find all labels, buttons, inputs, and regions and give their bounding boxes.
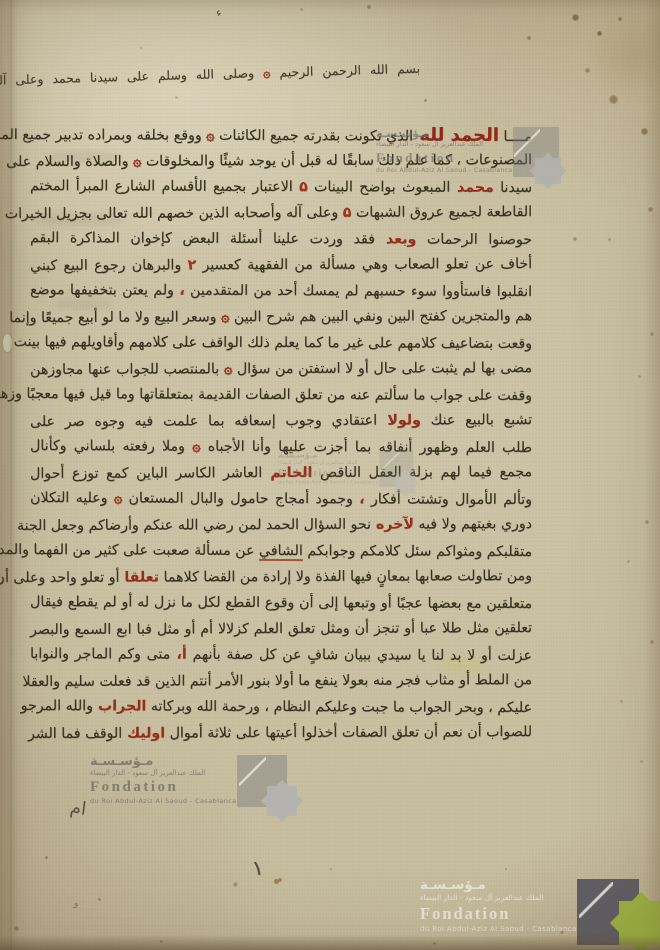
watermark-arabic-title: مـؤسـسـة [90, 755, 153, 768]
fox-spot [527, 36, 531, 40]
manuscript-line: القاطعة لجميع عروق الشبهات ۵ وعلى آله وأ… [30, 199, 532, 227]
text-segment: وعليه التكلان [30, 490, 114, 506]
manuscript-line: للصواب أن نعم أن تعلق الصفات أخذلوا أعيت… [30, 719, 532, 747]
text-segment: وقفت على جواب ما سألتم عنه من تعلق الصفا… [0, 386, 532, 404]
fox-spot [175, 96, 178, 99]
rubric-segment: محمد [450, 180, 494, 196]
corner-stain [585, 18, 660, 98]
watermark-foundation-bottom-left: مـؤسـسـة الملك عبدالعزيز آل سعود - الدار… [90, 755, 289, 807]
text-segment: انقلبوا فاستأووا سوء حسبهم لم يمسك أحد م… [185, 283, 532, 300]
basmala-header: بسم الله الرحمن الرحيم ۞ وصلى الله وسلم … [40, 61, 420, 87]
folio-dot [274, 879, 279, 884]
watermark-arabic-subtitle: الملك عبدالعزيز آل سعود - الدار البيضاء [420, 892, 543, 903]
rubric-segment: ولولا [377, 412, 421, 428]
watermark-french-subtitle: du Roi Abdul-Aziz Al Saoud - Casablanca [420, 924, 577, 934]
text-segment: وصلى الله وسلم على سيدنا محمد وعلى آله و… [0, 65, 263, 90]
fox-spot [618, 17, 622, 21]
fox-spot [233, 882, 238, 887]
manuscript-line: وقعت بتضاعيف كلامهم على غير ما كما يعلم … [30, 329, 532, 357]
text-segment: سيدنا [494, 180, 532, 196]
logo-square [237, 755, 287, 807]
text-segment: هم والمتجرين كفتح البين ونفي البين هم شر… [229, 308, 532, 325]
manuscript-line: وقفت على جواب ما سألتم عنه من تعلق الصفا… [30, 381, 532, 409]
text-segment: بسم الله الرحمن الرحيم [270, 61, 420, 80]
watermark-arabic-title: مـؤسـسـة [420, 879, 486, 892]
fox-spot [622, 905, 627, 910]
eight-point-star-icon [535, 158, 561, 184]
rubric-segment: الحمد لله [413, 125, 499, 146]
fox-spot [645, 520, 649, 524]
manuscript-page: بسم الله الرحمن الرحيم ۞ وصلى الله وسلم … [0, 0, 660, 950]
fox-spot [367, 5, 371, 9]
watermark-french-subtitle: du Roi Abdul-Aziz Al Saoud - Casablanca [90, 797, 237, 806]
rubric-segment: ۞ [114, 490, 122, 506]
text-segment: وتألم الأموال وتشتت أفكار [365, 491, 532, 508]
fox-spot [650, 332, 654, 336]
text-segment: وعلى آله وأصحابه الذين خصهم الله تعالى ب… [5, 205, 343, 222]
text-segment: ووقع بخلقه وبمراده تدبير جميع المله [0, 127, 206, 144]
manuscript-line: انقلبوا فاستأووا سوء حسبهم لم يمسك أحد م… [30, 277, 532, 305]
rubric-segment: ۞ [224, 361, 232, 377]
manuscript-line: المصنوعات ، كما علم ذلك سابقًا له قبل أن… [30, 147, 532, 175]
fox-spot [620, 700, 623, 703]
manuscript-line: متقلبكم ومثواكم سئل كلامكم وجوابكم الشاف… [30, 537, 532, 565]
fox-spot [424, 99, 427, 102]
text-segment: وجمود أمجاج حامول والبال المستعان [122, 490, 359, 507]
text-segment: وملا رفعته بلساني وكأنال [30, 438, 192, 455]
manuscript-line: حوصنوا الرحمات وبعد فقد وردت علينا أسئلة… [30, 225, 532, 253]
rubric-segment: اوليك [122, 725, 165, 741]
text-segment: نحو السؤال الحمد لمن رضي الله عنكم وأرضا… [17, 517, 371, 534]
text-segment: حوصنوا الرحمات [416, 232, 532, 248]
fox-spot [140, 47, 142, 49]
text-segment: وسعر البيع ولا ما لو أبيع جميعًا وإنما [9, 309, 221, 326]
text-segment: أو تعلو واحد وعلى أن لهما [0, 570, 119, 587]
text-segment: متقلبكم ومثواكم سئل كلامكم وجوابكم [303, 543, 532, 560]
rubric-segment: ۵ [299, 179, 308, 195]
watermark-french-title: Fondation [90, 778, 178, 797]
fox-spot [560, 930, 564, 934]
text-segment: ومن تطاولت صعابها بمعانٍ فيها الفذة ولا … [159, 568, 532, 585]
manuscript-line: طلب العلم وظهور أنفاقه بما أجزت عليها وأ… [30, 433, 532, 461]
manuscript-line: تعلقين مثل طلا عبا أو تنجز أن ومثل تعلق … [30, 615, 532, 643]
fox-spot [650, 640, 654, 644]
text-segment: العاشر الكاسر الباين كمع توزع أحوال [30, 465, 262, 482]
text-segment: الذي تكونت بقدرته جميع الكائنات [214, 128, 413, 145]
fox-spot [98, 898, 101, 901]
fox-spot [14, 926, 19, 931]
rubric-segment: الجراب [93, 698, 146, 714]
ink-doodle: و [73, 898, 80, 910]
manuscript-line: من الملط أو مثاب فجر منه بعولا ينفع ما أ… [30, 667, 532, 695]
text-segment: فقد وردت علينا أسئلة البعض كإخوان المذاك… [30, 230, 375, 247]
text-segment: ولم يعتن بتخفيفها موضع [30, 282, 179, 299]
fox-spot [648, 207, 653, 212]
text-segment: دوري بغيتهم ولا فيه [414, 516, 532, 532]
fox-spot [597, 31, 602, 36]
manuscript-line: سيدنا محمد المبعوث بواضح البينات ۵ الاعت… [30, 173, 532, 201]
fox-spot [45, 856, 48, 859]
manuscript-line: ومن تطاولت صعابها بمعانٍ فيها الفذة ولا … [30, 563, 532, 591]
margin-mark: ام [69, 797, 88, 820]
manuscript-line: أخاف عن تعلو الصعاب وهي مسألة من الفقهية… [30, 251, 532, 279]
text-segment: مجمع فيما لهم بزلة العقل الناقص [312, 464, 532, 481]
text-segment: القاطعة لجميع عروق الشبهات [351, 204, 532, 221]
fox-spot [572, 14, 579, 21]
fox-spot [638, 375, 641, 378]
text-segment: عليكم ، وبحر الجواب ما جبت وعليكم النظام… [146, 698, 532, 715]
text-segment: أخاف عن تعلو الصعاب وهي مسألة من الفقهية… [196, 256, 532, 273]
manuscript-line: مــــا الحمد لله الذي تكونت بقدرته جميع … [30, 121, 532, 149]
text-segment: الاعتبار بجميع الأقسام الشارع المبرأ الم… [30, 178, 299, 195]
rubric-segment: ۲ [187, 257, 196, 273]
watermark-french-title: Fondation [420, 903, 510, 924]
fox-spot [608, 238, 611, 241]
manuscript-line: عليكم ، وبحر الجواب ما جبت وعليكم النظام… [30, 693, 532, 721]
fox-spot [609, 95, 618, 104]
text-segment: الشافي [259, 543, 303, 561]
ink-doodle: ء [214, 6, 224, 20]
text-segment: الوقف فما الشر [28, 726, 122, 742]
rubric-segment: لآخره [371, 516, 414, 532]
watermark-text: مـؤسـسـة الملك عبدالعزيز آل سعود - الدار… [420, 879, 577, 934]
text-segment: للصواب أن نعم أن تعلق الصفات أخذلوا أعيت… [165, 724, 532, 741]
fox-spot [330, 868, 332, 870]
text-segment: اعتقادي وجوب إسعافه بما علمت فيه وجوه صر… [30, 413, 377, 430]
text-segment: متعلقين مع بعضها عجبًا أو وتبعها إلى أن … [30, 594, 532, 612]
text-segment: والصلاة والسلام على [6, 154, 133, 170]
text-segment: طلب العلم وظهور أنفاقه بما أجزت عليها وأ… [200, 439, 532, 456]
manuscript-line: عزلت أو لا بد لنا يا سيدي ببيان شافٍ عن … [30, 641, 532, 669]
manuscript-line: متعلقين مع بعضها عجبًا أو وتبعها إلى أن … [30, 589, 532, 617]
fox-spot [300, 8, 303, 11]
folio-number: ١ [250, 855, 265, 880]
text-segment: مــــا [499, 129, 532, 145]
text-segment: عزلت أو لا بد لنا يا سيدي ببيان شافٍ عن … [187, 647, 532, 664]
text-segment: وقعت بتضاعيف كلامهم على غير ما كما يعلم … [14, 334, 532, 352]
manuscript-line: وتألم الأموال وتشتت أفكار ، وجمود أمجاج … [30, 485, 532, 513]
fox-spot [640, 760, 643, 763]
manuscript-line: مضى بها لم يثبت على حال أو لا استفتن من … [30, 355, 532, 383]
manuscript-text-block: مــــا الحمد لله الذي تكونت بقدرته جميع … [30, 122, 532, 746]
eight-point-star-icon [267, 786, 297, 816]
text-segment: تشبع بالبيع عنك [421, 412, 532, 428]
text-segment: المصنوعات ، كما علم ذلك سابقًا له قبل أن… [141, 152, 532, 170]
text-segment: عن مسألة صعبت على كثير من الفهما والمدار… [0, 542, 259, 559]
rubric-segment: وبعد [375, 231, 416, 247]
manuscript-line: دوري بغيتهم ولا فيه لآخره نحو السؤال الح… [30, 511, 532, 539]
rubric-segment: تعلقا [119, 569, 159, 585]
watermark-arabic-subtitle: الملك عبدالعزيز آل سعود - الدار البيضاء [90, 768, 205, 778]
text-segment: تعلقين مثل طلا عبا أو تنجز أن ومثل تعلق … [30, 620, 532, 638]
text-segment: من الملط أو مثاب فجر منه بعولا ينفع ما أ… [22, 672, 532, 690]
text-segment: والبرهان رجوع البيع كبني [30, 257, 188, 274]
watermark-text: مـؤسـسـة الملك عبدالعزيز آل سعود - الدار… [90, 755, 237, 806]
text-segment: متى وكم الماجر والنوابا [30, 646, 170, 663]
rubric-segment: ۞ [206, 128, 214, 144]
rubric-segment: أ، [170, 647, 186, 663]
fox-spot [573, 237, 577, 241]
page-bottom-edge [0, 935, 660, 950]
rubric-segment: الخاتم [262, 465, 312, 481]
text-segment: المبعوث بواضح البينات [308, 179, 451, 196]
fox-spot [585, 68, 590, 73]
manuscript-line: هم والمتجرين كفتح البين ونفي البين هم شر… [30, 303, 532, 331]
text-segment: مضى بها لم يثبت على حال أو لا استفتن من … [232, 360, 532, 377]
manuscript-line: تشبع بالبيع عنك ولولا اعتقادي وجوب إسعاف… [30, 407, 532, 435]
watermark-logo [237, 755, 287, 807]
text-segment: بالمنتصب للجواب عنها مجاوزهن [30, 361, 224, 378]
fox-spot [627, 560, 630, 563]
page-crease [10, 0, 12, 950]
text-segment: والله المرجو [21, 698, 93, 714]
fox-spot [641, 128, 648, 135]
manuscript-line: مجمع فيما لهم بزلة العقل الناقص الخاتم ا… [30, 459, 532, 487]
fox-spot [505, 868, 507, 870]
